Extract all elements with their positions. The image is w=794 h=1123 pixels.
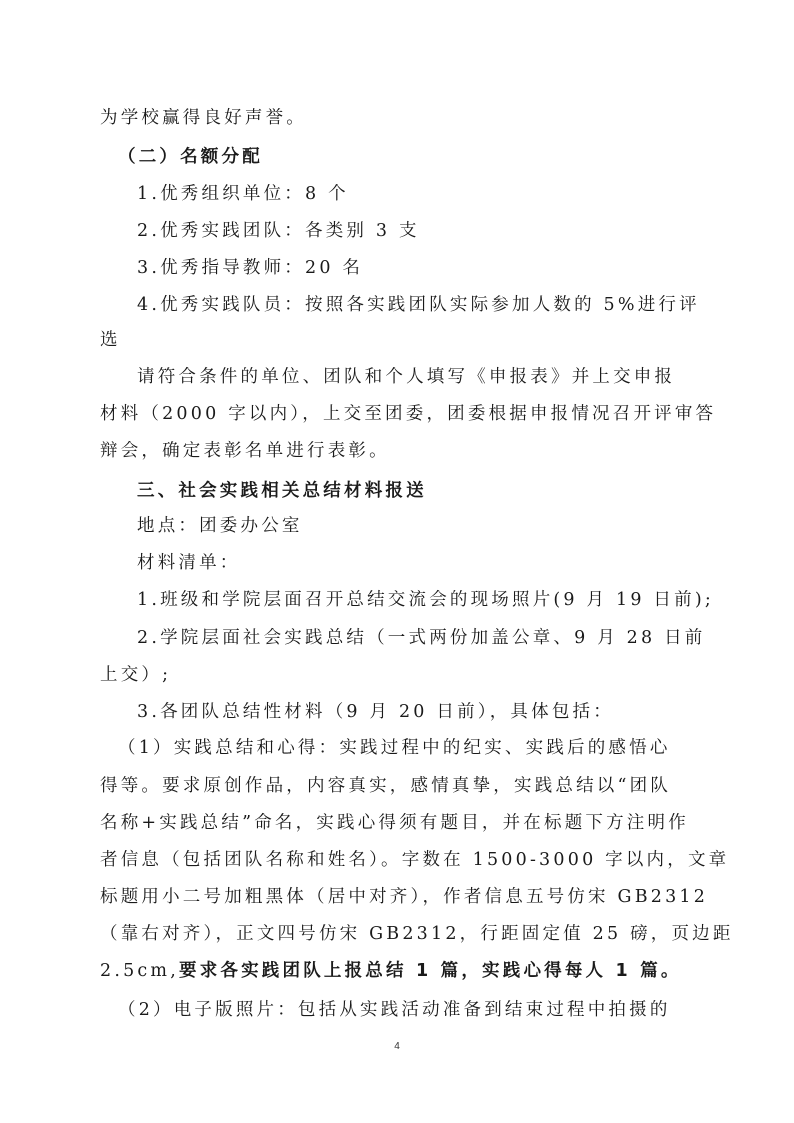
material-item-3: 3.各团队总结性材料（9 月 20 日前），具体包括： bbox=[137, 700, 737, 724]
subitem-summary-cont-6: 2.5cm,要求各实践团队上报总结 1 篇，实践心得每人 1 篇。 bbox=[100, 959, 700, 983]
paragraph-apply-cont-1: 材料（2000 字以内），上交至团委，团委根据申报情况召开评审答 bbox=[100, 402, 700, 426]
list-item-teacher: 3.优秀指导教师：20 名 bbox=[137, 256, 737, 280]
list-item-member: 4.优秀实践队员：按照各实践团队实际参加人数的 5%进行评 bbox=[137, 293, 737, 317]
subitem-summary-cont-4: 标题用小二号加粗黑体（居中对齐），作者信息五号仿宋 GB2312 bbox=[100, 885, 700, 909]
section-heading-materials: 三、社会实践相关总结材料报送 bbox=[137, 479, 737, 503]
subitem-summary-cont-3: 者信息（包括团队名称和姓名）。字数在 1500-3000 字以内，文章 bbox=[100, 848, 700, 872]
subitem-summary-cont-2: 名称+实践总结”命名，实践心得须有题目，并在标题下方注明作 bbox=[100, 811, 700, 835]
margin-spec: 2.5cm, bbox=[100, 961, 179, 981]
page-number: 4 bbox=[0, 1041, 794, 1052]
requirement-emphasis: 要求各实践团队上报总结 1 篇，实践心得每人 1 篇。 bbox=[179, 961, 682, 981]
materials-list-label: 材料清单： bbox=[137, 551, 737, 575]
paragraph-apply-cont-2: 辩会，确定表彰名单进行表彰。 bbox=[100, 439, 700, 463]
location-line: 地点：团委办公室 bbox=[137, 514, 737, 538]
list-item-member-cont: 选 bbox=[100, 328, 700, 352]
material-item-2: 2.学院层面社会实践总结（一式两份加盖公章、9 月 28 日前 bbox=[137, 626, 737, 650]
subitem-summary-cont-1: 得等。要求原创作品，内容真实，感情真挚，实践总结以“团队 bbox=[100, 774, 700, 798]
subitem-summary: （1）实践总结和心得：实践过程中的纪实、实践后的感悟心 bbox=[118, 736, 718, 760]
list-item-org-unit: 1.优秀组织单位：8 个 bbox=[137, 182, 737, 206]
section-heading-quota: （二）名额分配 bbox=[118, 145, 718, 169]
list-item-team: 2.优秀实践团队：各类别 3 支 bbox=[137, 219, 737, 243]
material-item-1: 1.班级和学院层面召开总结交流会的现场照片(9 月 19 日前); bbox=[137, 588, 737, 612]
paragraph-continuation: 为学校赢得良好声誉。 bbox=[100, 106, 700, 130]
document-page: 为学校赢得良好声誉。 （二）名额分配 1.优秀组织单位：8 个 2.优秀实践团队… bbox=[0, 0, 794, 1123]
material-item-2-cont: 上交）; bbox=[100, 663, 700, 687]
subitem-photos: （2）电子版照片：包括从实践活动准备到结束过程中拍摄的 bbox=[118, 998, 718, 1022]
paragraph-apply: 请符合条件的单位、团队和个人填写《申报表》并上交申报 bbox=[137, 365, 737, 389]
subitem-summary-cont-5: （靠右对齐），正文四号仿宋 GB2312，行距固定值 25 磅，页边距 bbox=[100, 922, 700, 946]
